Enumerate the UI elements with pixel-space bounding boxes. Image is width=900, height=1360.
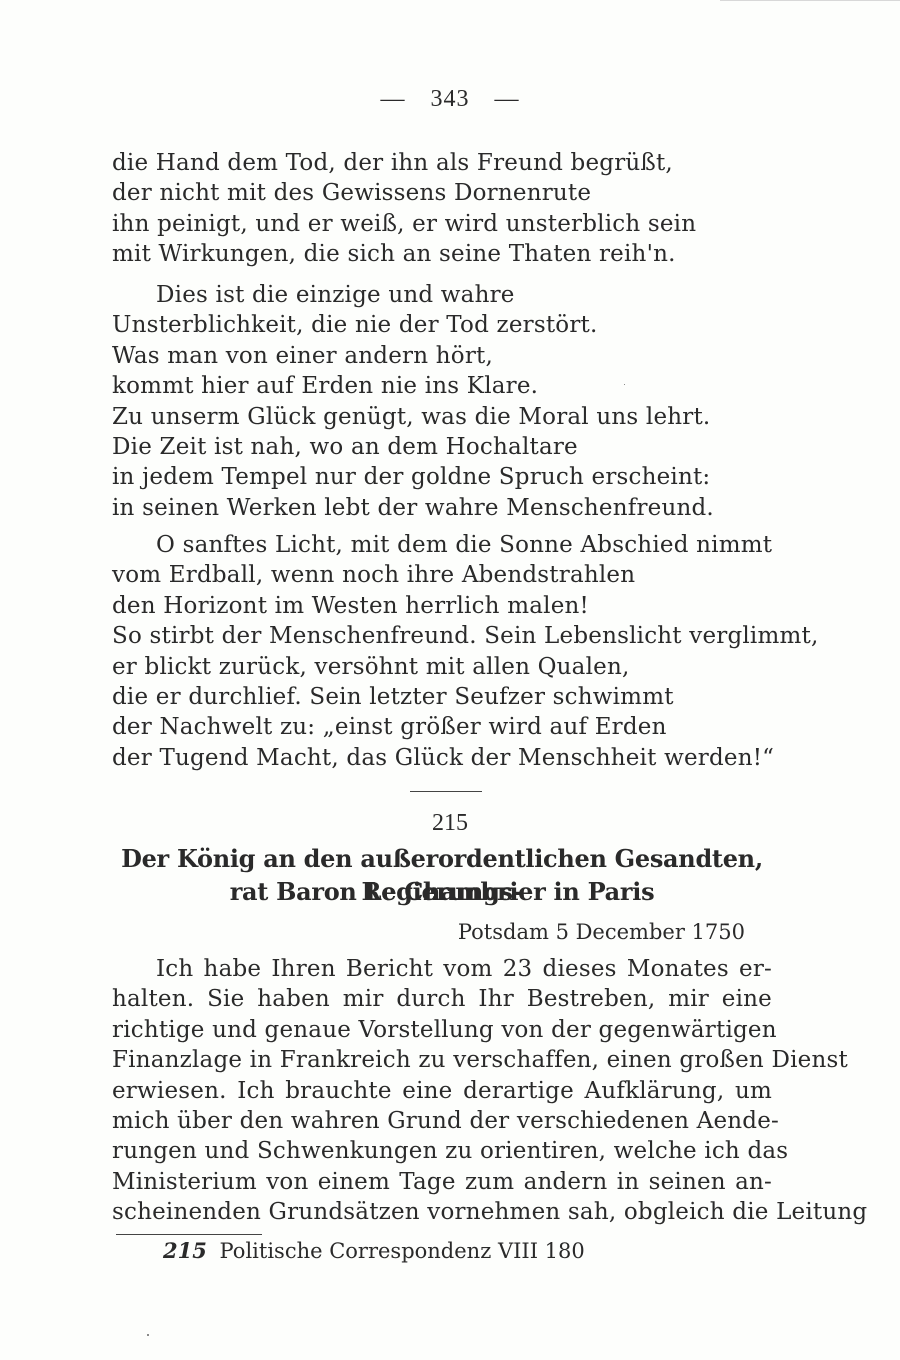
poem-line: in jedem Tempel nur der goldne Spruch er… — [112, 462, 772, 492]
letter-heading-line-2: rat Baron Le Chambrier in Paris — [112, 875, 772, 908]
poem-line: Dies ist die einzige und wahre — [112, 280, 772, 310]
body-line: mich über den wahren Grund der verschied… — [112, 1106, 772, 1136]
poem-line: Zu unserm Glück genügt, was die Moral un… — [112, 402, 772, 432]
section-divider — [410, 791, 482, 792]
scan-speck — [624, 384, 625, 385]
poem-line: in seinen Werken lebt der wahre Menschen… — [112, 493, 772, 523]
poem-line: vom Erdball, wenn noch ihre Abendstrahle… — [112, 560, 772, 590]
page-number: 343 — [431, 86, 470, 112]
body-line: rungen und Schwenkungen zu orientiren, w… — [112, 1136, 772, 1166]
poem-line: die er durchlief. Sein letzter Seufzer s… — [112, 682, 772, 712]
poem-line: kommt hier auf Erden nie ins Klare. — [112, 371, 772, 401]
poem-stanza-1: die Hand dem Tod, der ihn als Freund beg… — [112, 148, 772, 270]
footnote: 215 Politische Correspondenz VIII 180 — [163, 1238, 585, 1263]
poem-line: So stirbt der Menschenfreund. Sein Leben… — [112, 621, 772, 651]
poem-line: der Tugend Macht, das Glück der Menschhe… — [112, 743, 772, 773]
poem-line: Unsterblichkeit, die nie der Tod zerstör… — [112, 310, 772, 340]
body-line: halten. Sie haben mir durch Ihr Bestrebe… — [112, 984, 772, 1014]
poem-line: die Hand dem Tod, der ihn als Freund beg… — [112, 148, 772, 178]
body-line: Finanzlage in Frankreich zu verschaffen,… — [112, 1045, 772, 1075]
poem-line: mit Wirkungen, die sich an seine Thaten … — [112, 239, 772, 269]
footnote-text: Politische Correspondenz VIII 180 — [220, 1239, 585, 1263]
body-line: richtige und genaue Vorstellung von der … — [112, 1015, 772, 1045]
poem-line: ihn peinigt, und er weiß, er wird unster… — [112, 209, 772, 239]
poem-line: Die Zeit ist nah, wo an dem Hochaltare — [112, 432, 772, 462]
letter-dateline: Potsdam 5 December 1750 — [458, 920, 745, 944]
poem-line: den Horizont im Westen herrlich malen! — [112, 591, 772, 621]
poem-line: Was man von einer andern hört, — [112, 341, 772, 371]
body-line: Ich habe Ihren Bericht vom 23 dieses Mon… — [112, 954, 772, 984]
body-line: erwiesen. Ich brauchte eine derartige Au… — [112, 1076, 772, 1106]
scan-edge-line — [720, 0, 900, 1]
letter-number: 215 — [0, 810, 900, 837]
dash-left: — — [381, 86, 406, 113]
poem-line: der nicht mit des Gewissens Dornenrute — [112, 178, 772, 208]
poem-line: er blickt zurück, versöhnt mit allen Qua… — [112, 652, 772, 682]
body-line: scheinenden Grundsätzen vornehmen sah, o… — [112, 1197, 772, 1227]
letter-body: Ich habe Ihren Bericht vom 23 dieses Mon… — [112, 954, 772, 1228]
footnote-divider — [116, 1234, 262, 1235]
footnote-number: 215 — [163, 1238, 207, 1263]
body-line: Ministerium von einem Tage zum andern in… — [112, 1167, 772, 1197]
page-header: — 343 — — [0, 86, 900, 113]
dash-right: — — [495, 86, 520, 113]
poem-line: O sanftes Licht, mit dem die Sonne Absch… — [112, 530, 772, 560]
poem-stanza-3: O sanftes Licht, mit dem die Sonne Absch… — [112, 530, 772, 773]
poem-stanza-2: Dies ist die einzige und wahre Unsterbli… — [112, 280, 772, 523]
poem-line: der Nachwelt zu: „einst größer wird auf … — [112, 712, 772, 742]
scan-speck — [147, 1334, 149, 1336]
